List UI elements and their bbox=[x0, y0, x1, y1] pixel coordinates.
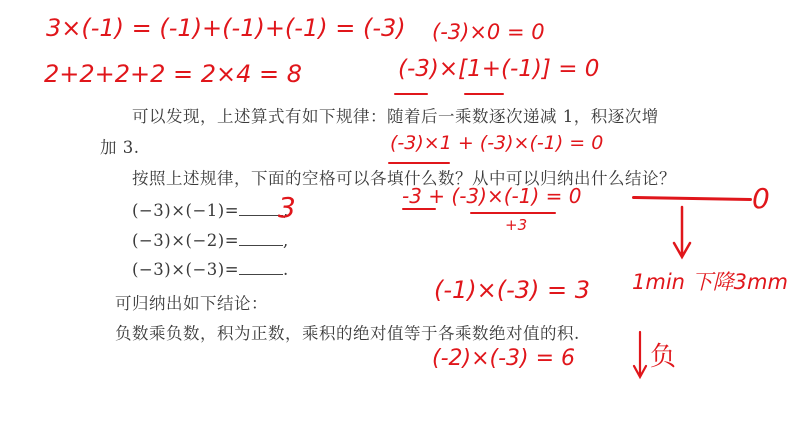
arrow-down-small-icon bbox=[632, 330, 648, 380]
handwritten-eq-mid-1: (-3)×1 + (-3)×(-1) = 0 bbox=[390, 132, 603, 154]
handwritten-eq-top-left-2: 2+2+2+2 = 2×4 = 8 bbox=[44, 60, 302, 88]
handwritten-note-plus3: +3 bbox=[505, 216, 527, 234]
handwritten-eq-4: (-2)×(-3) = 6 bbox=[432, 346, 575, 371]
exercise-3-blank[interactable] bbox=[239, 260, 283, 275]
paragraph-1-line-1: 可以发现，上述算式有如下规律：随着后一乘数逐次递减 1，积逐次增 bbox=[132, 103, 659, 127]
exercise-1: (−3)×(−1)=, bbox=[132, 201, 289, 220]
conclusion-text: 负数乘负数，积为正数，乘积的绝对值等于各乘数绝对值的积. bbox=[115, 320, 580, 344]
handwritten-note-rate: 1min 下降3mm bbox=[632, 266, 788, 296]
handwritten-answer-3: 3 bbox=[278, 191, 296, 224]
exercise-1-blank[interactable] bbox=[239, 201, 283, 216]
exercise-1-expr: (−3)×(−1)= bbox=[132, 201, 239, 220]
underline-product bbox=[470, 212, 556, 214]
arrow-down-icon bbox=[670, 205, 694, 260]
handwritten-note-negative: 负 bbox=[650, 336, 676, 373]
handwritten-eq-top-right-2: (-3)×[1+(-1)] = 0 bbox=[398, 56, 599, 82]
exercise-2-expr: (−3)×(−2)= bbox=[132, 231, 239, 250]
underline-question bbox=[632, 196, 752, 201]
underline-neg3 bbox=[394, 93, 428, 95]
handwritten-eq-top-right-1: (-3)×0 = 0 bbox=[432, 20, 545, 44]
conclusion-heading: 可归纳出如下结论： bbox=[115, 290, 268, 314]
exercise-3-expr: (−3)×(−3)= bbox=[132, 260, 239, 279]
handwritten-eq-top-left-1: 3×(-1) = (-1)+(-1)+(-1) = (-3) bbox=[46, 14, 406, 42]
exercise-2: (−3)×(−2)=, bbox=[132, 231, 289, 250]
exercise-2-blank[interactable] bbox=[239, 231, 283, 246]
underline-neg3-mid bbox=[402, 208, 436, 210]
exercise-3: (−3)×(−3)=. bbox=[132, 260, 289, 279]
underline-bracket bbox=[464, 93, 504, 95]
handwritten-eq-3: (-1)×(-3) = 3 bbox=[434, 276, 590, 304]
underline-mid-1 bbox=[388, 162, 450, 164]
paragraph-1-line-2: 加 3. bbox=[100, 134, 140, 158]
handwritten-zero: 0 bbox=[752, 182, 770, 215]
handwritten-eq-mid-2: -3 + (-3)×(-1) = 0 bbox=[402, 184, 581, 208]
